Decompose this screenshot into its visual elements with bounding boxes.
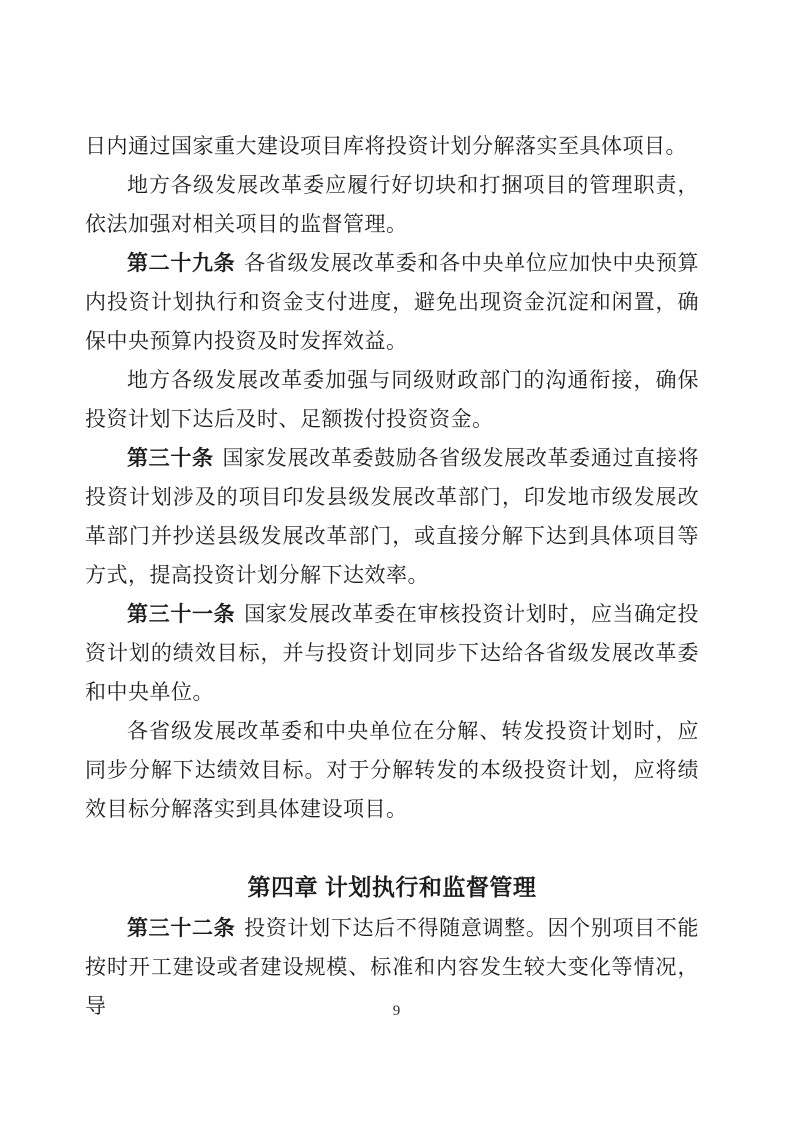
article-lead: 第三十条 (127, 447, 214, 470)
paragraph-text: 地方各级发展改革委应履行好切块和打捆项目的管理职责，依法加强对相关项目的监督管理… (85, 173, 699, 236)
document-body: 日内通过国家重大建设项目库将投资计划分解落实至具体项目。 地方各级发展改革委应履… (85, 127, 699, 1026)
article-lead: 第三十二条 (127, 917, 235, 940)
article-lead: 第三十一条 (127, 603, 235, 626)
paragraph-text: 各省级发展改革委和中央单位在分解、转发投资计划时，应同步分解下达绩效目标。对于分… (85, 719, 699, 821)
article-lead: 第二十九条 (127, 252, 235, 275)
paragraph-text: 地方各级发展改革委加强与同级财政部门的沟通衔接，确保投资计划下达后及时、足额拨付… (85, 368, 699, 431)
paragraph-article-29: 第二十九条各省级发展改革委和各中央单位应加快中央预算内投资计划执行和资金支付进度… (85, 244, 699, 361)
document-page: 日内通过国家重大建设项目库将投资计划分解落实至具体项目。 地方各级发展改革委应履… (0, 0, 793, 1122)
paragraph-continuation: 日内通过国家重大建设项目库将投资计划分解落实至具体项目。 (85, 127, 699, 166)
paragraph-article-30: 第三十条国家发展改革委鼓励各省级发展改革委通过直接将投资计划涉及的项目印发县级发… (85, 439, 699, 595)
paragraph-article-31: 第三十一条国家发展改革委在审核投资计划时，应当确定投资计划的绩效目标，并与投资计… (85, 595, 699, 712)
page-number: 9 (0, 1001, 793, 1021)
paragraph-text: 日内通过国家重大建设项目库将投资计划分解落实至具体项目。 (85, 134, 687, 158)
chapter-heading: 第四章 计划执行和监督管理 (85, 867, 699, 907)
paragraph: 地方各级发展改革委加强与同级财政部门的沟通衔接，确保投资计划下达后及时、足额拨付… (85, 361, 699, 439)
paragraph: 地方各级发展改革委应履行好切块和打捆项目的管理职责，依法加强对相关项目的监督管理… (85, 166, 699, 244)
paragraph: 各省级发展改革委和中央单位在分解、转发投资计划时，应同步分解下达绩效目标。对于分… (85, 712, 699, 829)
